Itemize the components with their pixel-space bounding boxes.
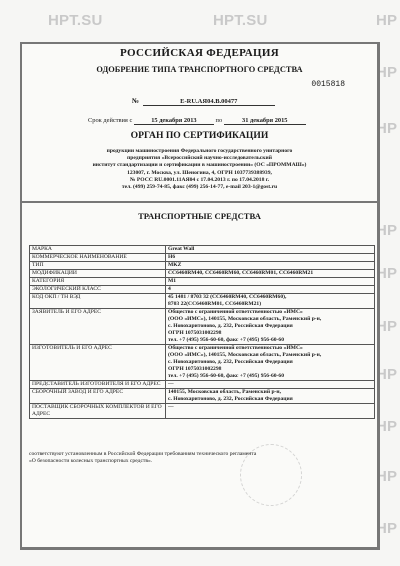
watermark-text: HPT.SU bbox=[213, 12, 268, 29]
number-label: № bbox=[132, 97, 139, 105]
row-label: КАТЕГОРИЯ bbox=[30, 278, 166, 286]
value-line: H6 bbox=[168, 254, 372, 261]
row-label: ЭКОЛОГИЧЕСКИЙ КЛАСС bbox=[30, 286, 166, 294]
row-value: Общество с ограниченной ответственностью… bbox=[166, 345, 375, 381]
watermark-text: HPT.SU bbox=[48, 12, 103, 29]
table-row: МОДИФИКАЦИИCC6460RM40, CC6460RM60, CC646… bbox=[30, 270, 375, 278]
row-value: H6 bbox=[166, 254, 375, 262]
table-row: ИЗГОТОВИТЕЛЬ И ЕГО АДРЕСОбщество с огран… bbox=[30, 345, 375, 381]
table-row: ПРЕДСТАВИТЕЛЬ ИЗГОТОВИТЕЛЯ И ЕГО АДРЕС— bbox=[30, 381, 375, 389]
row-value: — bbox=[166, 381, 375, 389]
watermark-text: HP bbox=[376, 12, 397, 29]
table-row: ПОСТАВЩИК СБОРОЧНЫХ КОМПЛЕКТОВ И ЕГО АДР… bbox=[30, 404, 375, 419]
table-row: ТИПMKZ bbox=[30, 262, 375, 270]
row-label: МОДИФИКАЦИИ bbox=[30, 270, 166, 278]
table-row: КАТЕГОРИЯM1 bbox=[30, 278, 375, 286]
value-line: MKZ bbox=[168, 262, 372, 269]
value-line: ОГРН 1075031002298 bbox=[168, 330, 372, 337]
value-line: тел. +7 (495) 956-60-60, факс +7 (495) 9… bbox=[168, 337, 372, 344]
conformity-line: «О безопасности колесных транспортных ср… bbox=[29, 458, 256, 465]
row-value: — bbox=[166, 404, 375, 419]
validity-to: 31 декабря 2015 bbox=[224, 117, 306, 125]
row-value: CC6460RM40, CC6460RM60, CC6460RM01, CC64… bbox=[166, 270, 375, 278]
table-row: КОД ОКП / ТН ВЭД45 1481 / 8703 32 (CC646… bbox=[30, 294, 375, 309]
table-row: ЗАЯВИТЕЛЬ И ЕГО АДРЕСОбщество с ограниче… bbox=[30, 309, 375, 345]
vehicles-title: ТРАНСПОРТНЫЕ СРЕДСТВА bbox=[22, 211, 377, 221]
row-value: Great Wall bbox=[166, 246, 375, 254]
certificate-frame: РОССИЙСКАЯ ФЕДЕРАЦИЯ ОДОБРЕНИЕ ТИПА ТРАН… bbox=[20, 42, 380, 550]
table-row: МАРКАGreat Wall bbox=[30, 246, 375, 254]
row-value: 4 bbox=[166, 286, 375, 294]
cb-line: институт стандартизации и сертификации в… bbox=[62, 162, 337, 169]
value-line: с. Новохаритоново, д. 232, Российская Фе… bbox=[168, 396, 372, 403]
row-label: ПОСТАВЩИК СБОРОЧНЫХ КОМПЛЕКТОВ И ЕГО АДР… bbox=[30, 404, 166, 419]
row-value: Общество с ограниченной ответственностью… bbox=[166, 309, 375, 345]
cb-line: 123007, г. Москва, ул. Шеногина, 4, ОГРН… bbox=[62, 170, 337, 177]
cb-line: тел. (499) 259-74-85, факс (499) 256-14-… bbox=[62, 184, 337, 191]
value-line: Общество с ограниченной ответственностью… bbox=[168, 345, 372, 352]
row-label: СБОРОЧНЫЙ ЗАВОД И ЕГО АДРЕС bbox=[30, 389, 166, 404]
validity-from-label: Срок действия с bbox=[88, 117, 132, 124]
value-line: 8703 22(CC6460RM01, CC6460RM21) bbox=[168, 301, 372, 308]
value-line: с. Новохаритоново, д. 232, Российская Фе… bbox=[168, 359, 372, 366]
value-line: CC6460RM40, CC6460RM60, CC6460RM01, CC64… bbox=[168, 270, 372, 277]
value-line: M1 bbox=[168, 278, 372, 285]
value-line: ОГРН 1075031002298 bbox=[168, 366, 372, 373]
row-label: ПРЕДСТАВИТЕЛЬ ИЗГОТОВИТЕЛЯ И ЕГО АДРЕС bbox=[30, 381, 166, 389]
country-title: РОССИЙСКАЯ ФЕДЕРАЦИЯ bbox=[22, 47, 377, 59]
certificate-number: E-RU.АЯ04.В.00477 bbox=[143, 98, 275, 106]
row-value: MKZ bbox=[166, 262, 375, 270]
row-label: ЗАЯВИТЕЛЬ И ЕГО АДРЕС bbox=[30, 309, 166, 345]
row-label: КОММЕРЧЕСКОЕ НАИМЕНОВАНИЕ bbox=[30, 254, 166, 262]
table-row: КОММЕРЧЕСКОЕ НАИМЕНОВАНИЕH6 bbox=[30, 254, 375, 262]
row-label: ТИП bbox=[30, 262, 166, 270]
value-line: Общество с ограниченной ответственностью… bbox=[168, 309, 372, 316]
vehicle-spec-table: МАРКАGreat WallКОММЕРЧЕСКОЕ НАИМЕНОВАНИЕ… bbox=[29, 245, 375, 419]
validity-period: Срок действия с 15 декабря 2013 по 31 де… bbox=[88, 117, 306, 125]
conformity-statement: соответствуют установленным в Российской… bbox=[29, 451, 256, 465]
value-line: Great Wall bbox=[168, 246, 372, 253]
validity-from: 15 декабря 2013 bbox=[134, 117, 214, 125]
value-line: 45 1481 / 8703 32 (CC6460RM40, CC6460RM6… bbox=[168, 294, 372, 301]
serial-number: 0015818 bbox=[311, 80, 345, 89]
certificate-number-line: № E-RU.АЯ04.В.00477 bbox=[132, 97, 275, 106]
certification-body-title: ОРГАН ПО СЕРТИФИКАЦИИ bbox=[22, 130, 377, 141]
cb-line: № РОСС RU.0001.11АЯ04 с 17.04.2013 г. по… bbox=[62, 177, 337, 184]
value-line: 140155, Московская область, Раменский р-… bbox=[168, 389, 372, 396]
certification-body-details: продукции машиностроения Федерального го… bbox=[62, 148, 337, 191]
document-type-title: ОДОБРЕНИЕ ТИПА ТРАНСПОРТНОГО СРЕДСТВА bbox=[22, 65, 377, 74]
row-value: 140155, Московская область, Раменский р-… bbox=[166, 389, 375, 404]
value-line: тел. +7 (495) 956-60-60, факс +7 (495) 9… bbox=[168, 373, 372, 380]
value-line: (ООО «ИМС»), 140155, Московская область,… bbox=[168, 352, 372, 359]
value-line: с. Новохаритоново, д. 232, Российская Фе… bbox=[168, 323, 372, 330]
conformity-line: соответствуют установленным в Российской… bbox=[29, 451, 256, 458]
row-value: 45 1481 / 8703 32 (CC6460RM40, CC6460RM6… bbox=[166, 294, 375, 309]
row-label: КОД ОКП / ТН ВЭД bbox=[30, 294, 166, 309]
table-row: СБОРОЧНЫЙ ЗАВОД И ЕГО АДРЕС140155, Моско… bbox=[30, 389, 375, 404]
value-line: — bbox=[168, 404, 372, 411]
validity-to-label: по bbox=[216, 117, 223, 124]
row-value: M1 bbox=[166, 278, 375, 286]
row-label: МАРКА bbox=[30, 246, 166, 254]
table-row: ЭКОЛОГИЧЕСКИЙ КЛАСС4 bbox=[30, 286, 375, 294]
section-divider bbox=[22, 201, 377, 203]
value-line: (ООО «ИМС»), 140155, Московская область,… bbox=[168, 316, 372, 323]
value-line: — bbox=[168, 381, 372, 388]
value-line: 4 bbox=[168, 286, 372, 293]
row-label: ИЗГОТОВИТЕЛЬ И ЕГО АДРЕС bbox=[30, 345, 166, 381]
